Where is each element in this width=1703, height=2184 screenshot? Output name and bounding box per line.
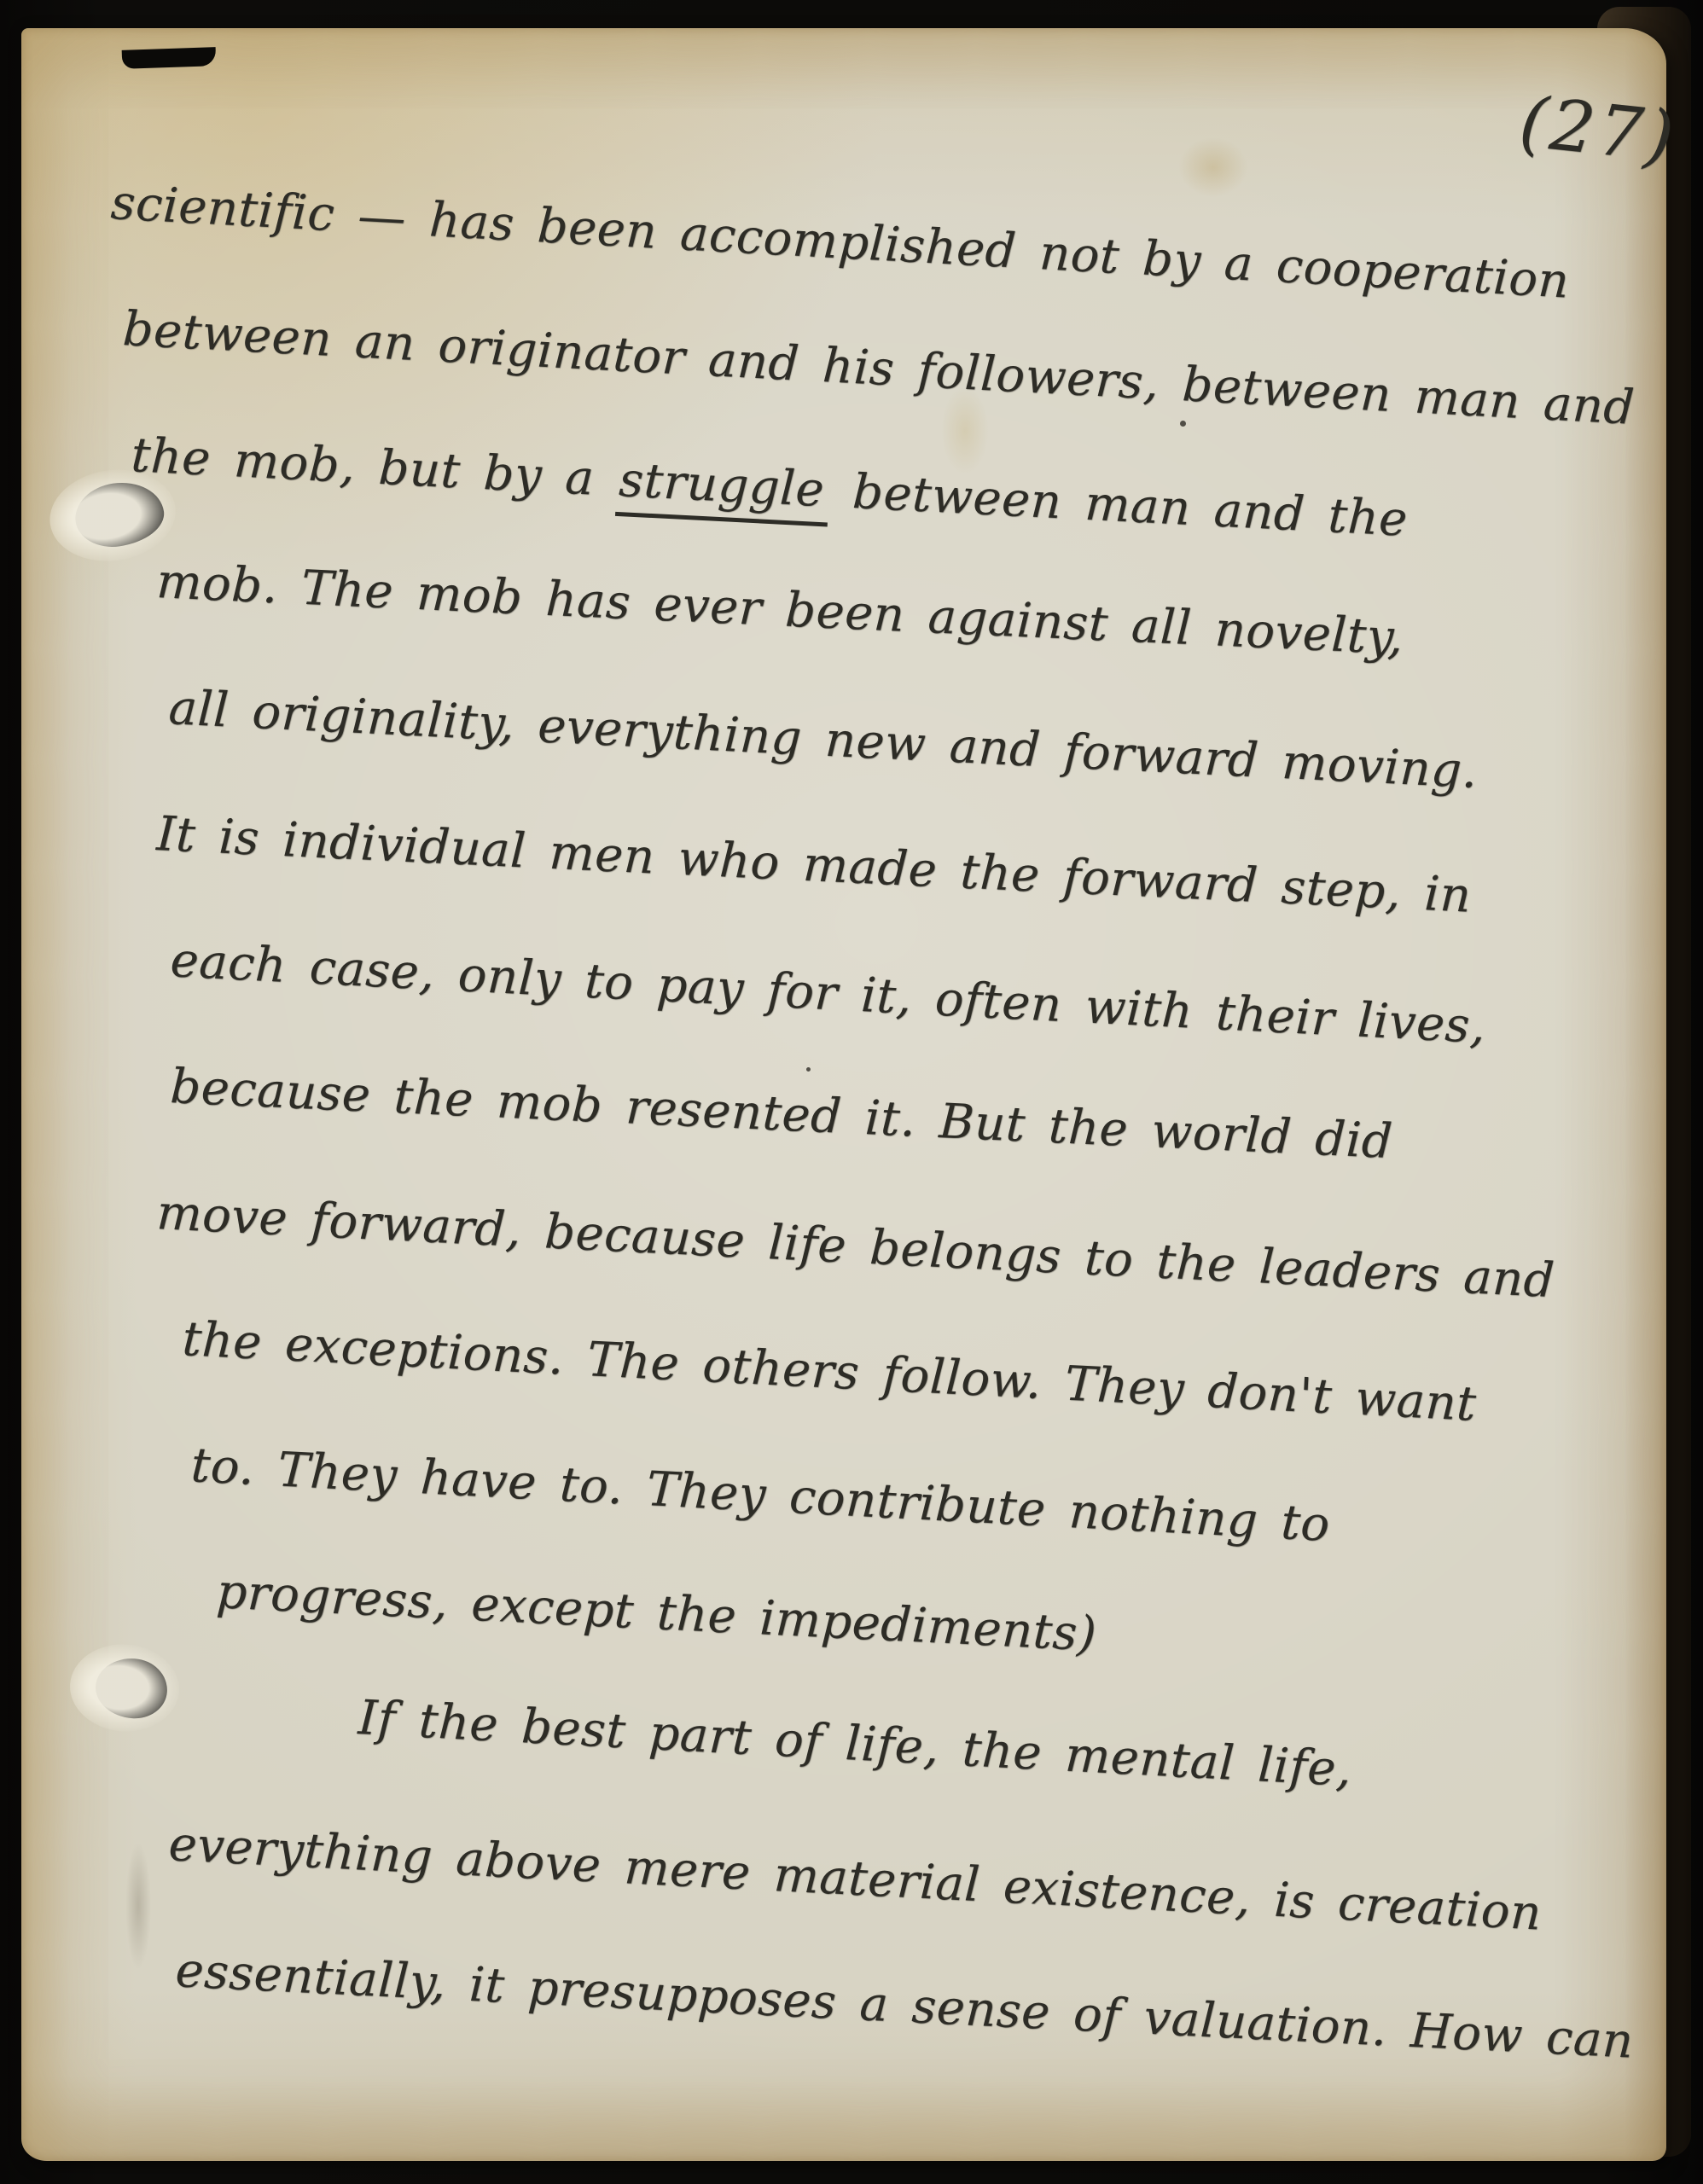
manuscript-page: (27) scientific — has been accomplished … bbox=[21, 28, 1666, 2161]
punch-hole-top bbox=[71, 477, 167, 552]
paper-smudge bbox=[125, 1842, 151, 1970]
ink-speck bbox=[806, 1067, 811, 1072]
line-text: scientific — has been accomplished not b… bbox=[109, 175, 1571, 309]
scan-background: (27) scientific — has been accomplished … bbox=[0, 0, 1703, 2184]
punch-hole-bottom bbox=[94, 1656, 170, 1721]
underlined-word: struggle bbox=[615, 452, 830, 526]
manuscript-text-block: scientific — has been accomplished not b… bbox=[107, 175, 1659, 2069]
page-number: (27) bbox=[1516, 82, 1681, 179]
paper-edge-chip bbox=[122, 47, 217, 69]
ink-speck bbox=[1180, 421, 1186, 427]
